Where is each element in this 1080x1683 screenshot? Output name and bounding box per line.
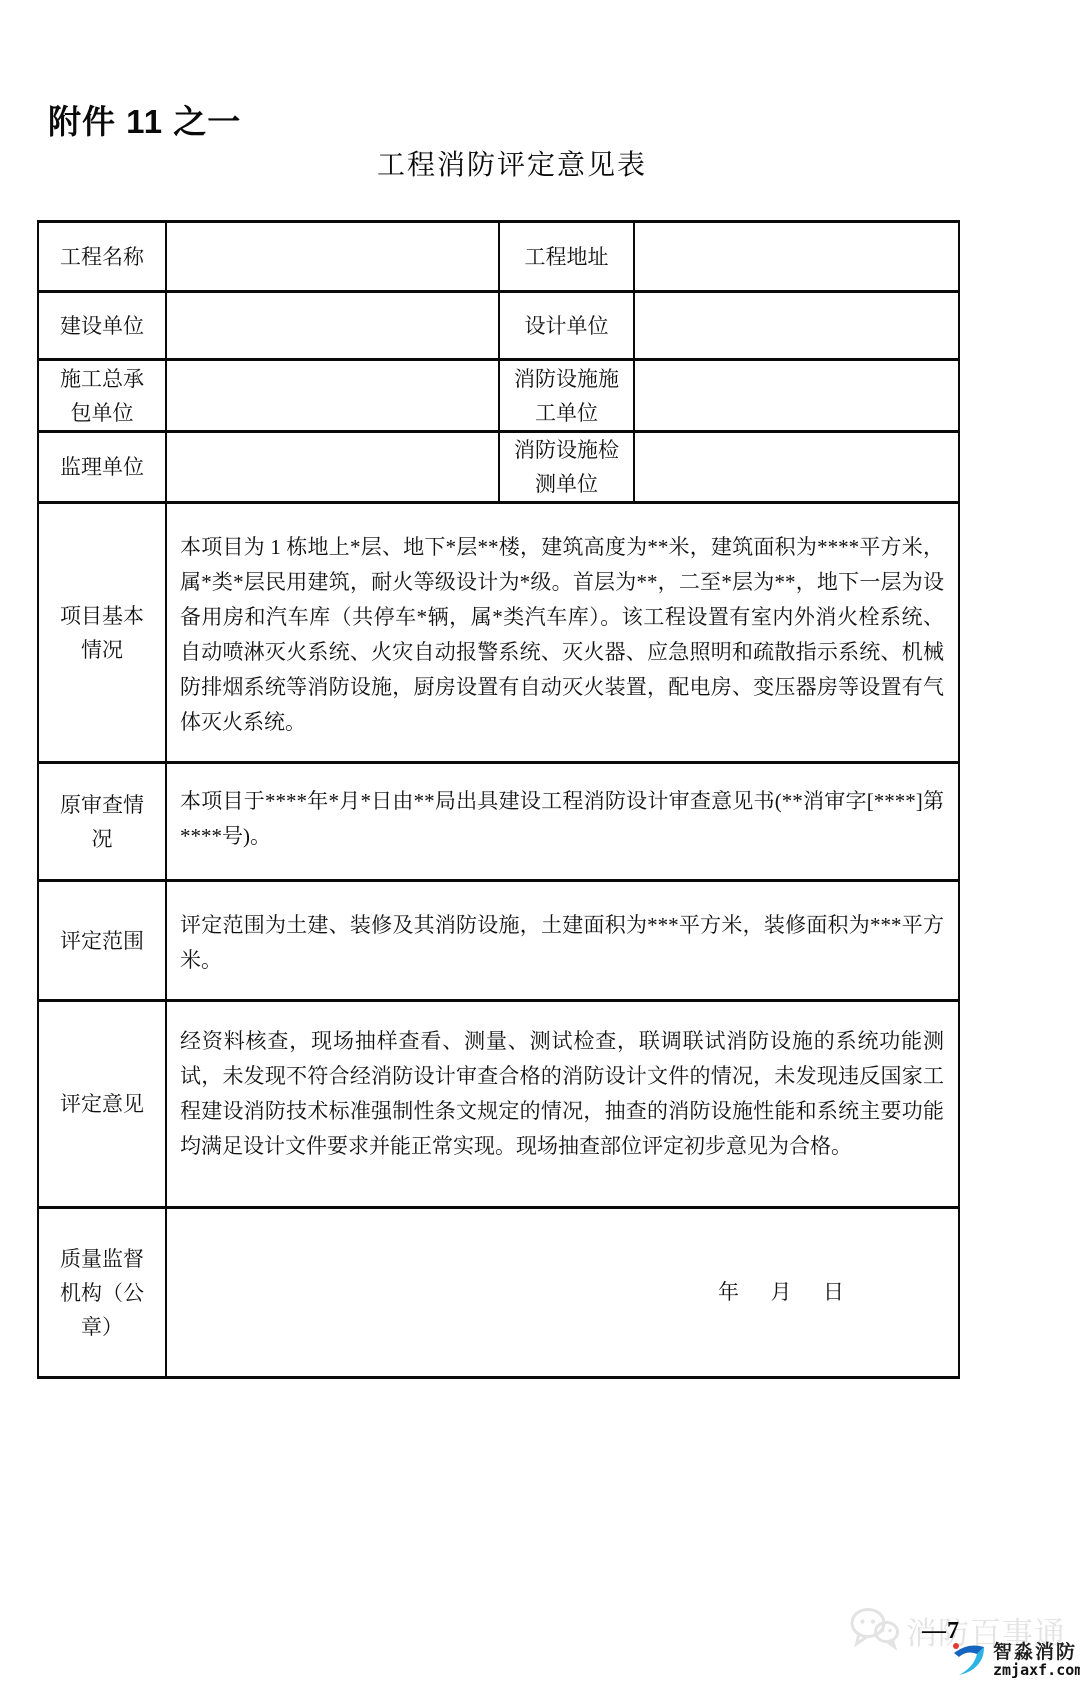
field-value-project-name	[166, 222, 499, 292]
table-row: 质量监督机构（公章） 年 月 日	[38, 1208, 959, 1378]
table-row: 项目基本情况 本项目为 1 栋地上*层、地下*层**楼，建筑高度为**米，建筑面…	[38, 503, 959, 763]
table-row: 建设单位 设计单位	[38, 292, 959, 360]
section-content-evaluation-scope: 评定范围为土建、装修及其消防设施，土建面积为***平方米，装修面积为***平方米…	[166, 881, 959, 1001]
brand-logo-block: 智淼消防 zmjaxf.com	[948, 1638, 1080, 1683]
evaluation-form-table: 工程名称 工程地址 建设单位 设计单位 施工总承包单位 消防设施施工单位 监理单…	[37, 220, 960, 1379]
section-content-evaluation-opinion: 经资料核查，现场抽样查看、测量、测试检查，联调联试消防设施的系统功能测试，未发现…	[166, 1001, 959, 1208]
attachment-label: 附件 11 之一	[48, 96, 241, 143]
field-value-construction-unit	[166, 292, 499, 360]
field-label-general-contractor: 施工总承包单位	[38, 360, 166, 432]
section-label-quality-supervision-seal: 质量监督机构（公章）	[38, 1208, 166, 1378]
table-row: 监理单位 消防设施检测单位	[38, 432, 959, 503]
section-content-quality-supervision: 年 月 日	[166, 1208, 959, 1378]
section-label-evaluation-opinion: 评定意见	[38, 1001, 166, 1208]
field-value-project-address	[634, 222, 959, 292]
date-line: 年 月 日	[180, 1275, 944, 1310]
brand-name: 智淼消防	[993, 1643, 1080, 1663]
table-row: 施工总承包单位 消防设施施工单位	[38, 360, 959, 432]
table-row: 评定意见 经资料核查，现场抽样查看、测量、测试检查，联调联试消防设施的系统功能测…	[38, 1001, 959, 1208]
field-label-project-address: 工程地址	[499, 222, 634, 292]
field-value-supervision-unit	[166, 432, 499, 503]
table-row: 评定范围 评定范围为土建、装修及其消防设施，土建面积为***平方米，装修面积为*…	[38, 881, 959, 1001]
fire-evaluation-form-page: { "page": { "attachment_label": "附件 11 之…	[0, 0, 1080, 1683]
field-label-project-name: 工程名称	[38, 222, 166, 292]
page-title: 工程消防评定意见表	[37, 143, 987, 183]
field-label-supervision-unit: 监理单位	[38, 432, 166, 503]
wechat-bubbles-icon	[848, 1606, 900, 1655]
field-value-fire-facility-builder	[634, 360, 959, 432]
table-row: 原审查情况 本项目于****年*月*日由**局出具建设工程消防设计审查意见书(*…	[38, 763, 959, 881]
section-label-project-basics: 项目基本情况	[38, 503, 166, 763]
section-label-evaluation-scope: 评定范围	[38, 881, 166, 1001]
section-label-original-review: 原审查情况	[38, 763, 166, 881]
section-content-original-review: 本项目于****年*月*日由**局出具建设工程消防设计审查意见书(**消审字[*…	[166, 763, 959, 881]
section-content-project-basics: 本项目为 1 栋地上*层、地下*层**楼，建筑高度为**米，建筑面积为****平…	[166, 503, 959, 763]
field-value-design-unit	[634, 292, 959, 360]
field-value-fire-facility-tester	[634, 432, 959, 503]
field-label-design-unit: 设计单位	[499, 292, 634, 360]
field-label-construction-unit: 建设单位	[38, 292, 166, 360]
page-number: —7	[922, 1618, 960, 1645]
field-label-fire-facility-builder: 消防设施施工单位	[499, 360, 634, 432]
brand-url: zmjaxf.com	[993, 1663, 1080, 1679]
table-row: 工程名称 工程地址	[38, 222, 959, 292]
field-label-fire-facility-tester: 消防设施检测单位	[499, 432, 634, 503]
field-value-general-contractor	[166, 360, 499, 432]
